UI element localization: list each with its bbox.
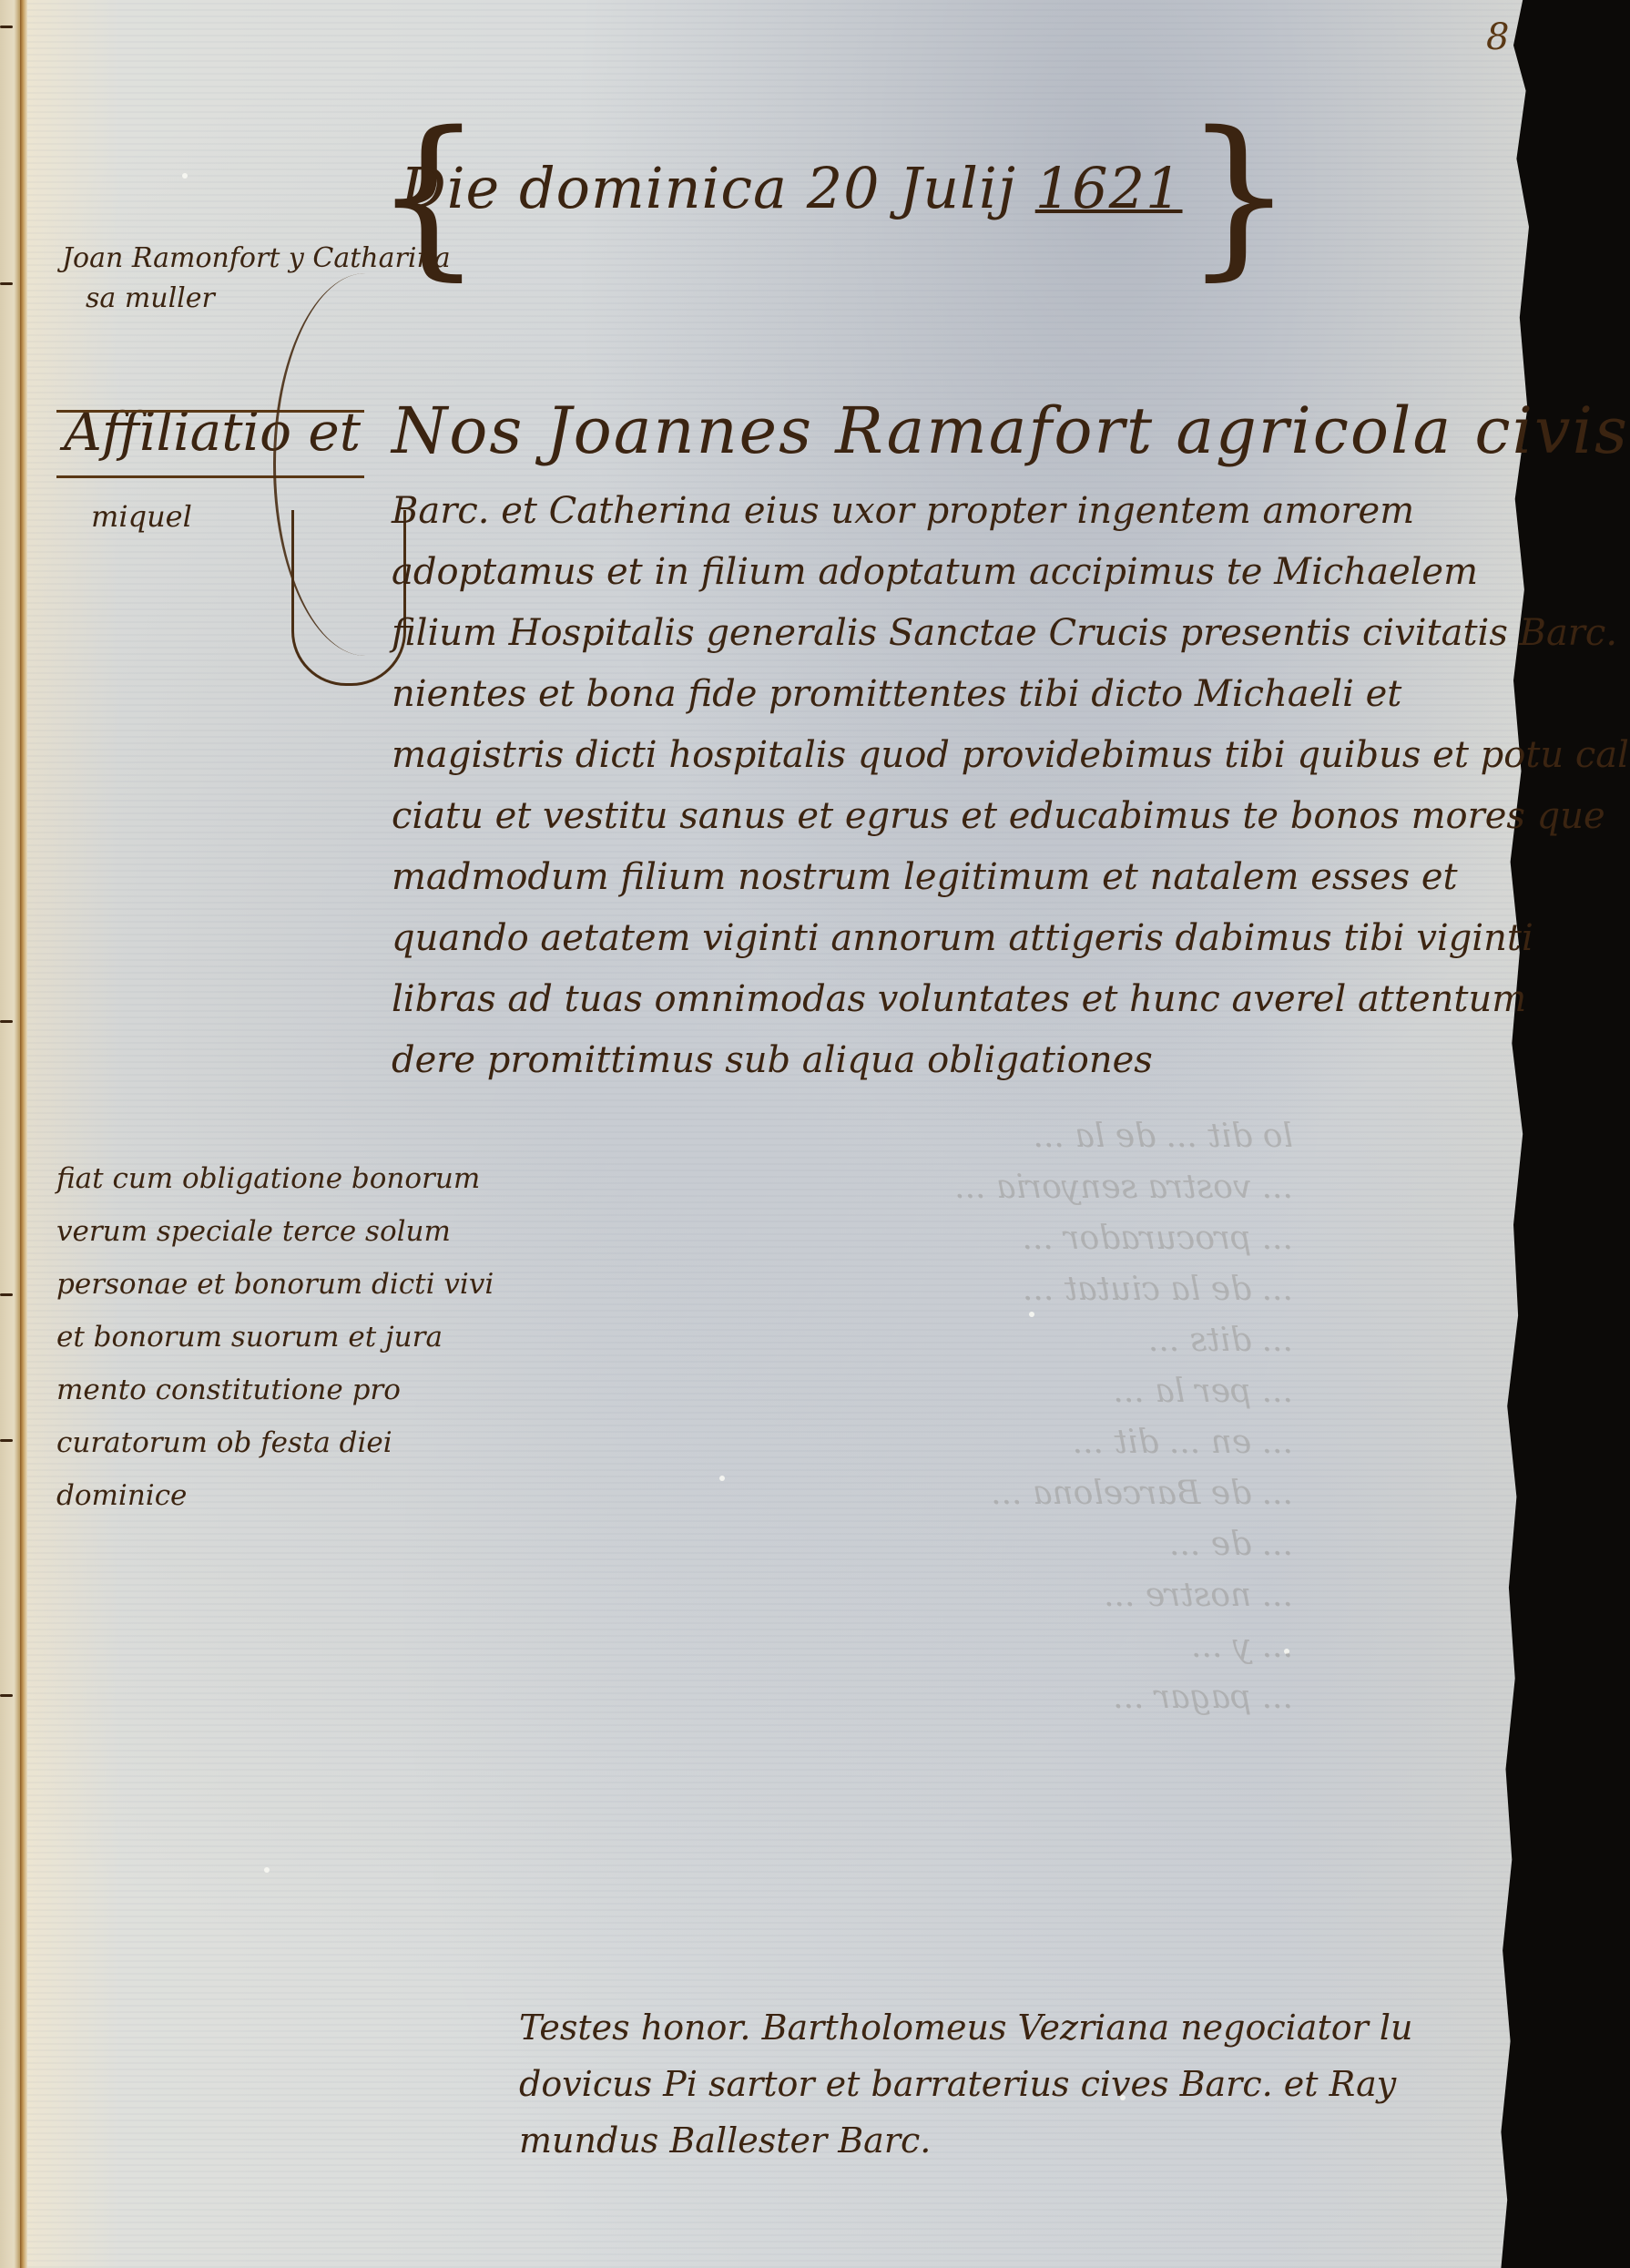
- witness-line: Testes honor. Bartholomeus Vezriana nego…: [519, 1999, 1412, 2056]
- body-line: ciatu et vestitu sanus et egrus et educa…: [392, 786, 1575, 847]
- margin-clause-line: et bonorum suorum et jura: [56, 1311, 494, 1364]
- paper-speck: [182, 173, 188, 179]
- body-line: magistris dicti hospitalis quod provideb…: [392, 725, 1575, 786]
- bleed-line: lo dit ... de la ...: [474, 1111, 1293, 1162]
- bleed-line: ... de la ciutat ...: [474, 1264, 1293, 1315]
- margin-adoptee-name: miquel: [91, 499, 192, 534]
- bleed-line: ... y ...: [474, 1621, 1293, 1672]
- body-line: quando aetatem viginti annorum attigeris…: [392, 908, 1575, 969]
- decorative-initial-loop: [291, 510, 406, 686]
- bleed-line: ... en ... dit ...: [474, 1417, 1293, 1468]
- bleed-line: ... pagar ...: [474, 1672, 1293, 1723]
- body-line: madmodum filium nostrum legitimum et nat…: [392, 847, 1575, 908]
- body-line: dere promittimus sub aliqua obligationes: [392, 1030, 1575, 1091]
- margin-clause-line: fiat cum obligatione bonorum: [56, 1152, 494, 1205]
- date-heading: Die dominica 20 Julij 1621: [401, 155, 1183, 221]
- margin-clause-note: fiat cum obligatione bonorum verum speci…: [56, 1152, 494, 1522]
- bleed-line: ... procurador ...: [474, 1213, 1293, 1264]
- margin-clause-line: mento constitutione pro: [56, 1364, 494, 1416]
- paper-speck: [264, 1867, 270, 1873]
- witness-line: dovicus Pi sartor et barraterius cives B…: [519, 2056, 1412, 2112]
- folio-number: 8: [1486, 16, 1509, 58]
- witness-line: mundus Ballester Barc.: [519, 2112, 1412, 2169]
- right-flourish-bracket: }: [1184, 109, 1294, 282]
- margin-clause-line: dominice: [56, 1469, 494, 1522]
- bleed-line: ... per la ...: [474, 1366, 1293, 1417]
- bleed-line: ... vostra senyoria ...: [474, 1162, 1293, 1213]
- facing-page-edge: [0, 0, 20, 2268]
- body-line: libras ad tuas omnimodas voluntates et h…: [392, 969, 1575, 1030]
- bleed-line: ... de ...: [474, 1519, 1293, 1570]
- body-line: adoptamus et in filium adoptatum accipim…: [392, 542, 1575, 603]
- body-line: Nos Joannes Ramafort agricola civis: [392, 381, 1575, 481]
- act-body: Nos Joannes Ramafort agricola civis Barc…: [392, 381, 1575, 1091]
- body-line: filium Hospitalis generalis Sanctae Cruc…: [392, 603, 1575, 664]
- date-text: Die dominica 20 Julij: [401, 155, 1016, 221]
- bleed-through-text: lo dit ... de la ... ... vostra senyoria…: [474, 1111, 1293, 1723]
- margin-clause-line: personae et bonorum dicti vivi: [56, 1258, 494, 1311]
- margin-clause-line: verum speciale terce solum: [56, 1205, 494, 1258]
- bleed-line: ... de Barcelona ...: [474, 1468, 1293, 1519]
- body-line: Barc. et Catherina eius uxor propter ing…: [392, 481, 1575, 542]
- witnesses-block: Testes honor. Bartholomeus Vezriana nego…: [519, 1999, 1412, 2169]
- margin-clause-line: curatorum ob festa diei: [56, 1416, 494, 1469]
- bleed-line: ... dits ...: [474, 1315, 1293, 1366]
- body-line: nientes et bona fide promittentes tibi d…: [392, 664, 1575, 725]
- bleed-line: ... nostre ...: [474, 1570, 1293, 1621]
- date-year: 1621: [1035, 155, 1183, 221]
- binding-gutter: [20, 0, 27, 2268]
